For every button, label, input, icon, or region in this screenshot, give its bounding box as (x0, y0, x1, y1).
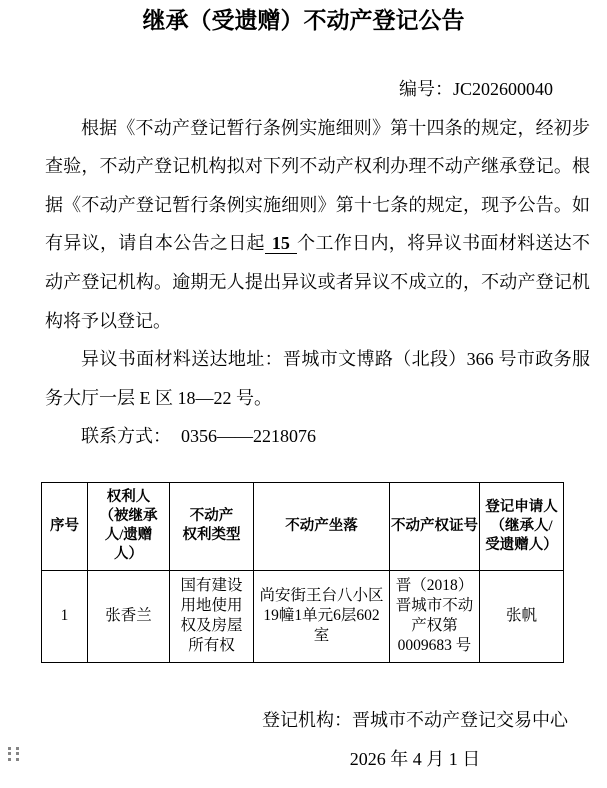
table-row: 1 张香兰 国有建设 用地使用 权及房屋 所有权 尚安街王台八小区 19幢1单元… (42, 570, 564, 662)
cell-certificate-number: 晋（2018） 晋城市不动 产权第 0009683 号 (390, 570, 480, 662)
cell-right-holder: 张香兰 (88, 570, 170, 662)
contact-phone: 0356——2218076 (181, 426, 316, 446)
doc-number-value: JC202600040 (453, 79, 553, 99)
contact-label: 联系方式： (81, 426, 171, 446)
notice-body: 编号：JC202600040 根据《不动产登记暂行条例实施细则》第十四条的规定，… (0, 70, 607, 456)
notice-date: 2026 年 4 月 1 日 (235, 740, 595, 779)
cell-property-location: 尚安街王台八小区 19幢1单元6层602 室 (254, 570, 390, 662)
registration-table: 序号 权利人 （被继承 人/遗赠 人） 不动产 权利类型 不动产坐落 不动产权证… (41, 482, 564, 663)
cell-right-type: 国有建设 用地使用 权及房屋 所有权 (170, 570, 254, 662)
notice-paragraph-address: 异议书面材料送达地址：晋城市文博路（北段）366 号市政务服务大厅一层 E 区 … (45, 340, 590, 417)
notice-document: 继承（受遗赠）不动产登记公告 编号：JC202600040 根据《不动产登记暂行… (0, 0, 607, 788)
header-serial-number: 序号 (42, 482, 88, 570)
objection-days-value: 15 (265, 233, 297, 254)
doc-number-line: 编号：JC202600040 (45, 70, 590, 109)
cell-applicant: 张帆 (480, 570, 564, 662)
notice-footer: 登记机构：晋城市不动产登记交易中心 2026 年 4 月 1 日 (235, 701, 595, 779)
header-property-location: 不动产坐落 (254, 482, 390, 570)
header-right-type: 不动产 权利类型 (170, 482, 254, 570)
page-title: 继承（受遗赠）不动产登记公告 (0, 6, 607, 36)
table-header-row: 序号 权利人 （被继承 人/遗赠 人） 不动产 权利类型 不动产坐落 不动产权证… (42, 482, 564, 570)
notice-paragraph-1: 根据《不动产登记暂行条例实施细则》第十四条的规定，经初步查验，不动产登记机构拟对… (45, 109, 590, 341)
cell-serial-number: 1 (42, 570, 88, 662)
doc-number-label: 编号： (399, 79, 453, 99)
drag-handle-icon[interactable] (8, 747, 19, 761)
header-right-holder: 权利人 （被继承 人/遗赠 人） (88, 482, 170, 570)
header-applicant: 登记申请人 （继承人/ 受遗赠人） (480, 482, 564, 570)
header-certificate-number: 不动产权证号 (390, 482, 480, 570)
notice-paragraph-contact: 联系方式：0356——2218076 (45, 417, 590, 456)
registration-agency: 登记机构：晋城市不动产登记交易中心 (235, 701, 595, 740)
